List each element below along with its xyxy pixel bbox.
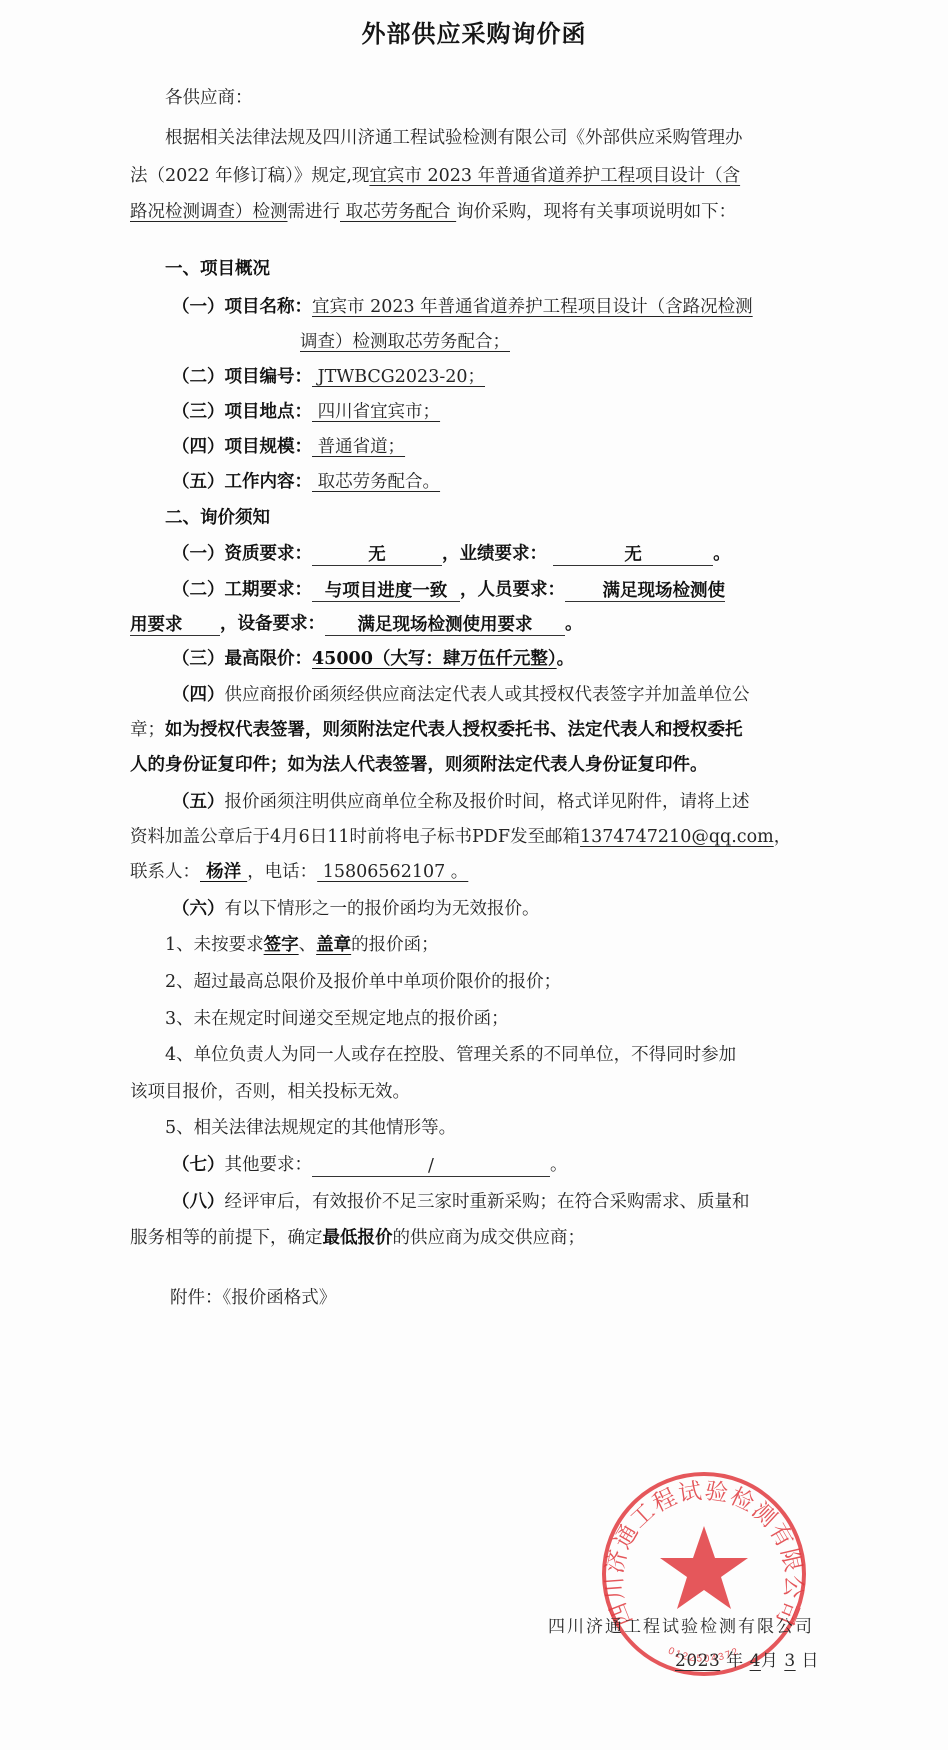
intro-line-3: 路况检测调查）检测需进行 取芯劳务配合 询价采购，现将有关事项说明如下： xyxy=(130,200,736,224)
overview-item-location: （三）项目地点： 四川省宜宾市； xyxy=(172,400,440,424)
signature-date: 2023 年 4月 3 日 xyxy=(675,1646,819,1671)
invalid-case-2: 2、超过最高总限价及报价单中单项价限价的报价； xyxy=(165,970,561,994)
notice-item-invalid: （六）有以下情形之一的报价函均为无效报价。 xyxy=(172,897,540,921)
intro-line-2: 法（2022 年修订稿）》规定,现宜宾市 2023 年普通省道养护工程项目设计（… xyxy=(130,164,740,188)
notice-item-qualification: （一）资质要求：无，业绩要求： 无。 xyxy=(172,542,731,566)
notice-item-evaluation-l2: 服务相等的前提下，确定最低报价的供应商为成交供应商； xyxy=(130,1226,585,1250)
section-heading-overview: 一、项目概况 xyxy=(165,257,270,281)
overview-item-name: （一）项目名称：宜宾市 2023 年普通省道养护工程项目设计（含路况检测 xyxy=(172,295,753,319)
overview-item-content: （五）工作内容： 取芯劳务配合。 xyxy=(172,470,440,494)
signature-company: 四川济通工程试验检测有限公司 xyxy=(548,1612,814,1637)
contact-name: 杨洋 xyxy=(200,862,247,882)
attachment-note: 附件：《报价函格式》 xyxy=(170,1286,336,1310)
section-heading-notice: 二、询价须知 xyxy=(165,506,270,530)
contact-phone: 15806562107 。 xyxy=(317,862,468,882)
notice-item-evaluation-l1: （八）经评审后，有效报价不足三家时重新采购；在符合采购需求、质量和 xyxy=(172,1190,750,1214)
notice-item-signature-l1: （四）供应商报价函须经供应商法定代表人或其授权代表签字并加盖单位公 xyxy=(172,683,750,707)
invalid-case-1: 1、未按要求签字、盖章的报价函； xyxy=(165,933,439,957)
notice-item-contact: 联系人： 杨洋 ，电话： 15806562107 。 xyxy=(130,860,468,884)
invalid-case-3: 3、未在规定时间递交至规定地点的报价函； xyxy=(165,1007,509,1031)
notice-item-other: （七）其他要求：/。 xyxy=(172,1153,568,1177)
notice-item-submission-l1: （五）报价函须注明供应商单位全称及报价时间，格式详见附件，请将上述 xyxy=(172,790,750,814)
overview-item-code: （二）项目编号： JTWBCG2023-20； xyxy=(172,365,485,389)
document-title: 外部供应采购询价函 xyxy=(0,14,948,49)
invalid-case-5: 5、相关法律法规规定的其他情形等。 xyxy=(165,1116,456,1140)
intro-line-1: 根据相关法律法规及四川济通工程试验检测有限公司《外部供应采购管理办 xyxy=(165,126,743,150)
service-inline: 取芯劳务配合 xyxy=(340,202,456,222)
document-page: 外部供应采购询价函 各供应商： 根据相关法律法规及四川济通工程试验检测有限公司《… xyxy=(0,0,948,1750)
notice-item-signature-l3: 人的身份证复印件；如为法人代表签署，则须附法定代表人身份证复印件。 xyxy=(130,753,708,777)
notice-item-schedule-cont: 用要求，设备要求：满足现场检测使用要求。 xyxy=(130,612,583,636)
overview-item-scale: （四）项目规模： 普通省道； xyxy=(172,435,405,459)
salutation: 各供应商： xyxy=(165,86,253,110)
invalid-case-4-cont: 该项目报价，否则，相关投标无效。 xyxy=(130,1080,410,1104)
overview-item-name-cont: 调查）检测取芯劳务配合； xyxy=(300,330,510,354)
notice-item-max-price: （三）最高限价：45000（大写：肆万伍仟元整）。 xyxy=(172,647,574,671)
notice-item-schedule: （二）工期要求：与项目进度一致，人员要求：满足现场检测使 xyxy=(172,578,725,602)
invalid-case-4: 4、单位负责人为同一人或存在控股、管理关系的不同单位，不得同时参加 xyxy=(165,1043,736,1067)
project-name-inline: 宜宾市 2023 年普通省道养护工程项目设计（含 xyxy=(369,166,740,186)
notice-item-submission-l2: 资料加盖公章后于4月6日11时前将电子标书PDF发至邮箱1374747210@q… xyxy=(130,825,791,849)
notice-item-signature-l2: 章；如为授权代表签署，则须附法定代表人授权委托书、法定代表人和授权委托 xyxy=(130,718,743,742)
email-link[interactable]: 1374747210@qq.com xyxy=(580,827,774,847)
